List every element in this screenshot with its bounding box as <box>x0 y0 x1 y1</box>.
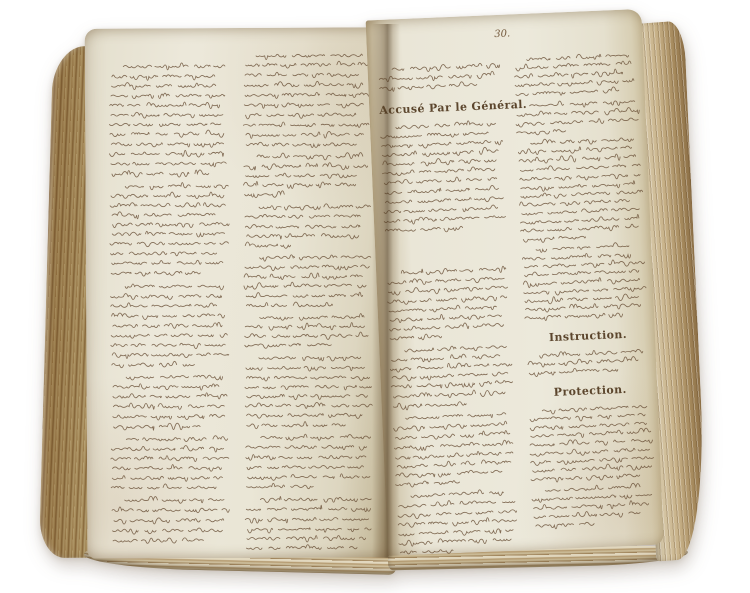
handwriting-lines <box>377 59 522 560</box>
page-number: 30. <box>494 27 534 40</box>
left-page <box>85 27 390 559</box>
handwriting-column-right-1: Accusé Par le Général. <box>377 59 522 560</box>
handwriting-lines <box>109 60 234 559</box>
handwriting-column-left-2 <box>243 49 376 558</box>
open-book: 30. Accusé Par le Général. Instruction.P… <box>0 0 750 593</box>
handwriting-lines <box>513 49 659 540</box>
handwriting-lines <box>243 49 376 558</box>
handwriting-column-left-1 <box>109 60 234 559</box>
handwriting-column-right-2: Instruction.Protection. <box>513 49 659 540</box>
right-page: 30. Accusé Par le Général. Instruction.P… <box>366 9 664 556</box>
manuscript-photo: 30. Accusé Par le Général. Instruction.P… <box>0 0 750 593</box>
